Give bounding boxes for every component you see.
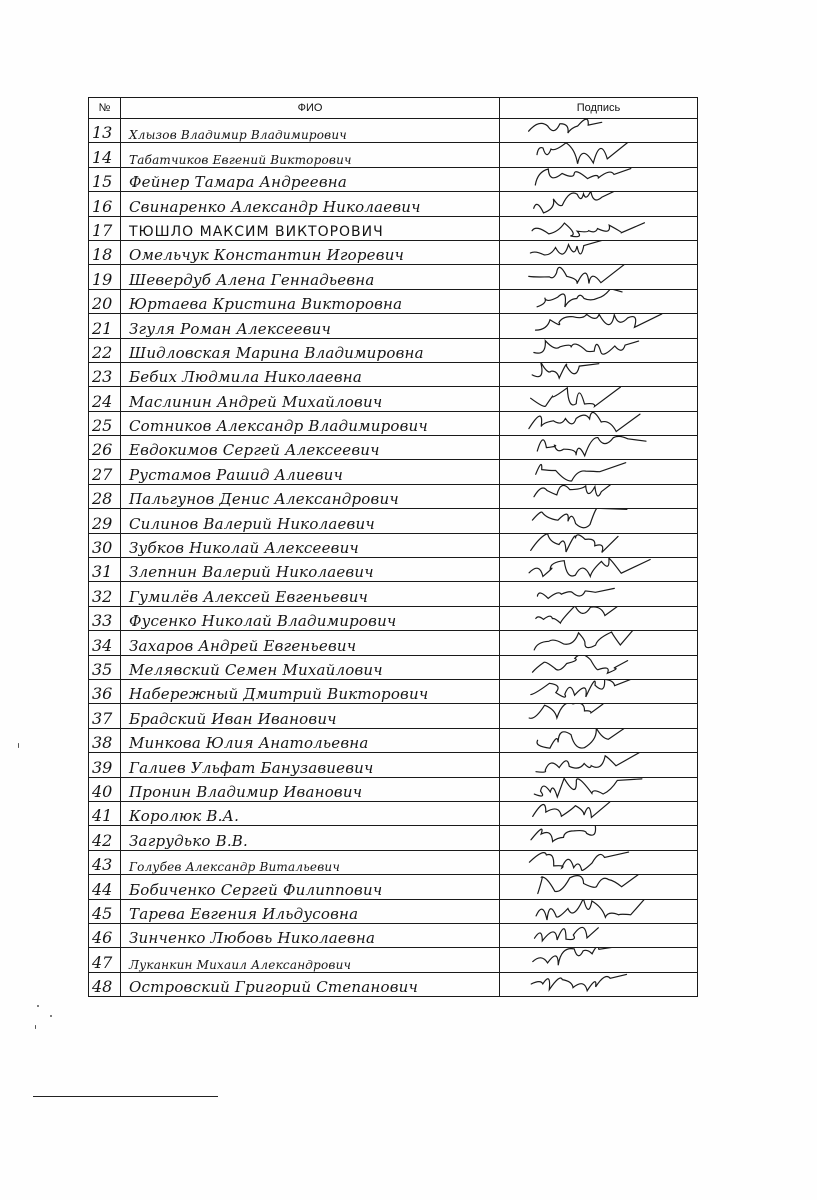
table-row: 23Бебих Людмила Николаевна [89, 362, 698, 386]
row-signature-cell [500, 387, 698, 411]
row-full-name: Злепнин Валерий Николаевич [121, 558, 500, 582]
row-number: 37 [89, 704, 121, 728]
row-full-name: Омельчук Константин Игоревич [121, 240, 500, 264]
table-row: 34Захаров Андрей Евгеньевич [89, 631, 698, 655]
scan-speck [18, 743, 19, 748]
row-signature-cell [500, 484, 698, 508]
row-full-name: Юртаева Кристина Викторовна [121, 289, 500, 313]
row-number: 43 [89, 850, 121, 874]
row-number: 20 [89, 289, 121, 313]
row-number: 44 [89, 875, 121, 899]
row-signature-cell [500, 558, 698, 582]
handwritten-signature-icon [524, 704, 634, 727]
row-signature-cell [500, 314, 698, 338]
table-row: 40Пронин Владимир Иванович [89, 777, 698, 801]
row-full-name: Рустамов Рашид Алиевич [121, 460, 500, 484]
table-row: 46Зинченко Любовь Николаевна [89, 923, 698, 947]
row-signature-cell [500, 192, 698, 216]
table-row: 25Сотников Александр Владимирович [89, 411, 698, 435]
table-row: 17ТЮШЛО МАКСИМ ВИКТОРОВИЧ [89, 216, 698, 240]
row-number: 13 [89, 119, 121, 143]
scanned-page: № ФИО Подпись 13Хлызов Владимир Владимир… [0, 0, 817, 1200]
row-signature-cell [500, 728, 698, 752]
row-number: 36 [89, 679, 121, 703]
row-number: 29 [89, 509, 121, 533]
row-full-name: Брадский Иван Иванович [121, 704, 500, 728]
row-number: 34 [89, 631, 121, 655]
row-signature-cell [500, 460, 698, 484]
row-signature-cell [500, 631, 698, 655]
handwritten-signature-icon [524, 655, 634, 678]
table-row: 28Пальгунов Денис Александрович [89, 484, 698, 508]
table-row: 36Набережный Дмитрий Викторович [89, 679, 698, 703]
handwritten-signature-icon [524, 679, 634, 702]
handwritten-signature-icon [524, 899, 634, 922]
handwritten-signature-icon [524, 411, 634, 434]
table-row: 45Тарева Евгения Ильдусовна [89, 899, 698, 923]
row-full-name: Галиев Ульфат Банузавиевич [121, 753, 500, 777]
handwritten-signature-icon [524, 216, 634, 239]
table-header-row: № ФИО Подпись [89, 98, 698, 119]
table-row: 39Галиев Ульфат Банузавиевич [89, 753, 698, 777]
row-full-name: Силинов Валерий Николаевич [121, 509, 500, 533]
handwritten-signature-icon [524, 119, 634, 142]
row-number: 28 [89, 484, 121, 508]
row-full-name: Минкова Юлия Анатольевна [121, 728, 500, 752]
row-full-name: Шевердуб Алена Геннадьевна [121, 265, 500, 289]
handwritten-signature-icon [524, 972, 634, 995]
row-full-name: Загрудько В.В. [121, 826, 500, 850]
header-signature: Подпись [500, 98, 698, 119]
row-full-name: Мелявский Семен Михайлович [121, 655, 500, 679]
row-signature-cell [500, 679, 698, 703]
table-row: 26Евдокимов Сергей Алексеевич [89, 436, 698, 460]
row-signature-cell [500, 875, 698, 899]
row-full-name: Фейнер Тамара Андреевна [121, 167, 500, 191]
handwritten-signature-icon [524, 777, 634, 800]
row-full-name: Сотников Александр Владимирович [121, 411, 500, 435]
table-row: 16Свинаренко Александр Николаевич [89, 192, 698, 216]
table-row: 32Гумилёв Алексей Евгеньевич [89, 582, 698, 606]
row-full-name: ТЮШЛО МАКСИМ ВИКТОРОВИЧ [121, 216, 500, 240]
row-number: 17 [89, 216, 121, 240]
row-full-name: Фусенко Николай Владимирович [121, 606, 500, 630]
handwritten-signature-icon [524, 558, 634, 581]
row-signature-cell [500, 362, 698, 386]
row-number: 48 [89, 972, 121, 996]
row-signature-cell [500, 411, 698, 435]
row-number: 31 [89, 558, 121, 582]
handwritten-signature-icon [524, 826, 634, 849]
row-signature-cell [500, 265, 698, 289]
handwritten-signature-icon [524, 436, 634, 459]
row-full-name: Евдокимов Сергей Алексеевич [121, 436, 500, 460]
row-number: 16 [89, 192, 121, 216]
row-number: 40 [89, 777, 121, 801]
row-number: 47 [89, 948, 121, 972]
row-number: 46 [89, 923, 121, 947]
row-number: 14 [89, 143, 121, 167]
handwritten-signature-icon [524, 167, 634, 190]
row-full-name: Луканкин Михаил Александрович [121, 948, 500, 972]
header-name: ФИО [121, 98, 500, 119]
header-number: № [89, 98, 121, 119]
handwritten-signature-icon [524, 240, 634, 263]
signature-table: № ФИО Подпись 13Хлызов Владимир Владимир… [88, 97, 698, 997]
row-full-name: Пронин Владимир Иванович [121, 777, 500, 801]
handwritten-signature-icon [524, 265, 634, 288]
row-signature-cell [500, 240, 698, 264]
row-signature-cell [500, 753, 698, 777]
handwritten-signature-icon [524, 509, 634, 532]
table-row: 22Шидловская Марина Владимировна [89, 338, 698, 362]
row-number: 15 [89, 167, 121, 191]
table-row: 29Силинов Валерий Николаевич [89, 509, 698, 533]
scan-speck [35, 1025, 36, 1029]
row-signature-cell [500, 948, 698, 972]
table-row: 24Маслинин Андрей Михайлович [89, 387, 698, 411]
row-full-name: Зинченко Любовь Николаевна [121, 923, 500, 947]
table-row: 31Злепнин Валерий Николаевич [89, 558, 698, 582]
row-full-name: Гумилёв Алексей Евгеньевич [121, 582, 500, 606]
row-signature-cell [500, 119, 698, 143]
row-full-name: Хлызов Владимир Владимирович [121, 119, 500, 143]
handwritten-signature-icon [524, 923, 634, 946]
handwritten-signature-icon [524, 948, 634, 971]
table-row: 43Голубев Александр Витальевич [89, 850, 698, 874]
row-signature-cell [500, 606, 698, 630]
row-full-name: Королюк В.А. [121, 801, 500, 825]
row-number: 22 [89, 338, 121, 362]
table-row: 18Омельчук Константин Игоревич [89, 240, 698, 264]
row-signature-cell [500, 655, 698, 679]
row-number: 32 [89, 582, 121, 606]
handwritten-signature-icon [524, 484, 634, 507]
row-signature-cell [500, 972, 698, 996]
row-signature-cell [500, 338, 698, 362]
handwritten-signature-icon [524, 801, 634, 824]
row-full-name: Маслинин Андрей Михайлович [121, 387, 500, 411]
table-row: 20Юртаева Кристина Викторовна [89, 289, 698, 313]
table-row: 44Бобиченко Сергей Филиппович [89, 875, 698, 899]
footnote-separator-line [33, 1096, 218, 1097]
handwritten-signature-icon [524, 582, 634, 605]
row-number: 25 [89, 411, 121, 435]
scan-speck [50, 1015, 52, 1017]
row-full-name: Голубев Александр Витальевич [121, 850, 500, 874]
handwritten-signature-icon [524, 314, 634, 337]
handwritten-signature-icon [524, 143, 634, 166]
row-signature-cell [500, 216, 698, 240]
row-number: 23 [89, 362, 121, 386]
table-row: 33Фусенко Николай Владимирович [89, 606, 698, 630]
table-row: 19Шевердуб Алена Геннадьевна [89, 265, 698, 289]
table-row: 13Хлызов Владимир Владимирович [89, 119, 698, 143]
table-row: 35Мелявский Семен Михайлович [89, 655, 698, 679]
row-full-name: Зубков Николай Алексеевич [121, 533, 500, 557]
handwritten-signature-icon [524, 753, 634, 776]
row-full-name: Згуля Роман Алексеевич [121, 314, 500, 338]
table-row: 14Табатчиков Евгений Викторович [89, 143, 698, 167]
table-row: 38Минкова Юлия Анатольевна [89, 728, 698, 752]
table-body: 13Хлызов Владимир Владимирович14Табатчик… [89, 119, 698, 997]
handwritten-signature-icon [524, 850, 634, 873]
row-full-name: Шидловская Марина Владимировна [121, 338, 500, 362]
row-full-name: Свинаренко Александр Николаевич [121, 192, 500, 216]
handwritten-signature-icon [524, 606, 634, 629]
row-signature-cell [500, 923, 698, 947]
row-number: 19 [89, 265, 121, 289]
row-number: 39 [89, 753, 121, 777]
row-signature-cell [500, 801, 698, 825]
handwritten-signature-icon [524, 338, 634, 361]
row-full-name: Набережный Дмитрий Викторович [121, 679, 500, 703]
row-number: 45 [89, 899, 121, 923]
table-row: 48Островский Григорий Степанович [89, 972, 698, 996]
row-full-name: Бебих Людмила Николаевна [121, 362, 500, 386]
row-number: 26 [89, 436, 121, 460]
row-signature-cell [500, 582, 698, 606]
handwritten-signature-icon [524, 728, 634, 751]
table-row: 30Зубков Николай Алексеевич [89, 533, 698, 557]
row-full-name: Тарева Евгения Ильдусовна [121, 899, 500, 923]
row-number: 30 [89, 533, 121, 557]
scan-speck [37, 1005, 39, 1007]
handwritten-signature-icon [524, 533, 634, 556]
table-row: 15Фейнер Тамара Андреевна [89, 167, 698, 191]
row-signature-cell [500, 436, 698, 460]
handwritten-signature-icon [524, 192, 634, 215]
row-signature-cell [500, 704, 698, 728]
handwritten-signature-icon [524, 362, 634, 385]
row-number: 35 [89, 655, 121, 679]
table-row: 42Загрудько В.В. [89, 826, 698, 850]
row-number: 33 [89, 606, 121, 630]
table-row: 41Королюк В.А. [89, 801, 698, 825]
row-signature-cell [500, 826, 698, 850]
handwritten-signature-icon [524, 875, 634, 898]
handwritten-signature-icon [524, 387, 634, 410]
row-signature-cell [500, 143, 698, 167]
row-full-name: Пальгунов Денис Александрович [121, 484, 500, 508]
row-number: 27 [89, 460, 121, 484]
row-signature-cell [500, 850, 698, 874]
row-signature-cell [500, 533, 698, 557]
row-number: 24 [89, 387, 121, 411]
table-row: 47Луканкин Михаил Александрович [89, 948, 698, 972]
handwritten-signature-icon [524, 289, 634, 312]
row-full-name: Островский Григорий Степанович [121, 972, 500, 996]
row-signature-cell [500, 777, 698, 801]
row-number: 38 [89, 728, 121, 752]
table-row: 37Брадский Иван Иванович [89, 704, 698, 728]
table-row: 27Рустамов Рашид Алиевич [89, 460, 698, 484]
row-full-name: Бобиченко Сергей Филиппович [121, 875, 500, 899]
row-signature-cell [500, 899, 698, 923]
row-number: 41 [89, 801, 121, 825]
row-number: 42 [89, 826, 121, 850]
row-full-name: Захаров Андрей Евгеньевич [121, 631, 500, 655]
row-signature-cell [500, 509, 698, 533]
row-number: 21 [89, 314, 121, 338]
row-signature-cell [500, 289, 698, 313]
handwritten-signature-icon [524, 460, 634, 483]
table-row: 21Згуля Роман Алексеевич [89, 314, 698, 338]
row-number: 18 [89, 240, 121, 264]
row-full-name: Табатчиков Евгений Викторович [121, 143, 500, 167]
row-signature-cell [500, 167, 698, 191]
handwritten-signature-icon [524, 631, 634, 654]
